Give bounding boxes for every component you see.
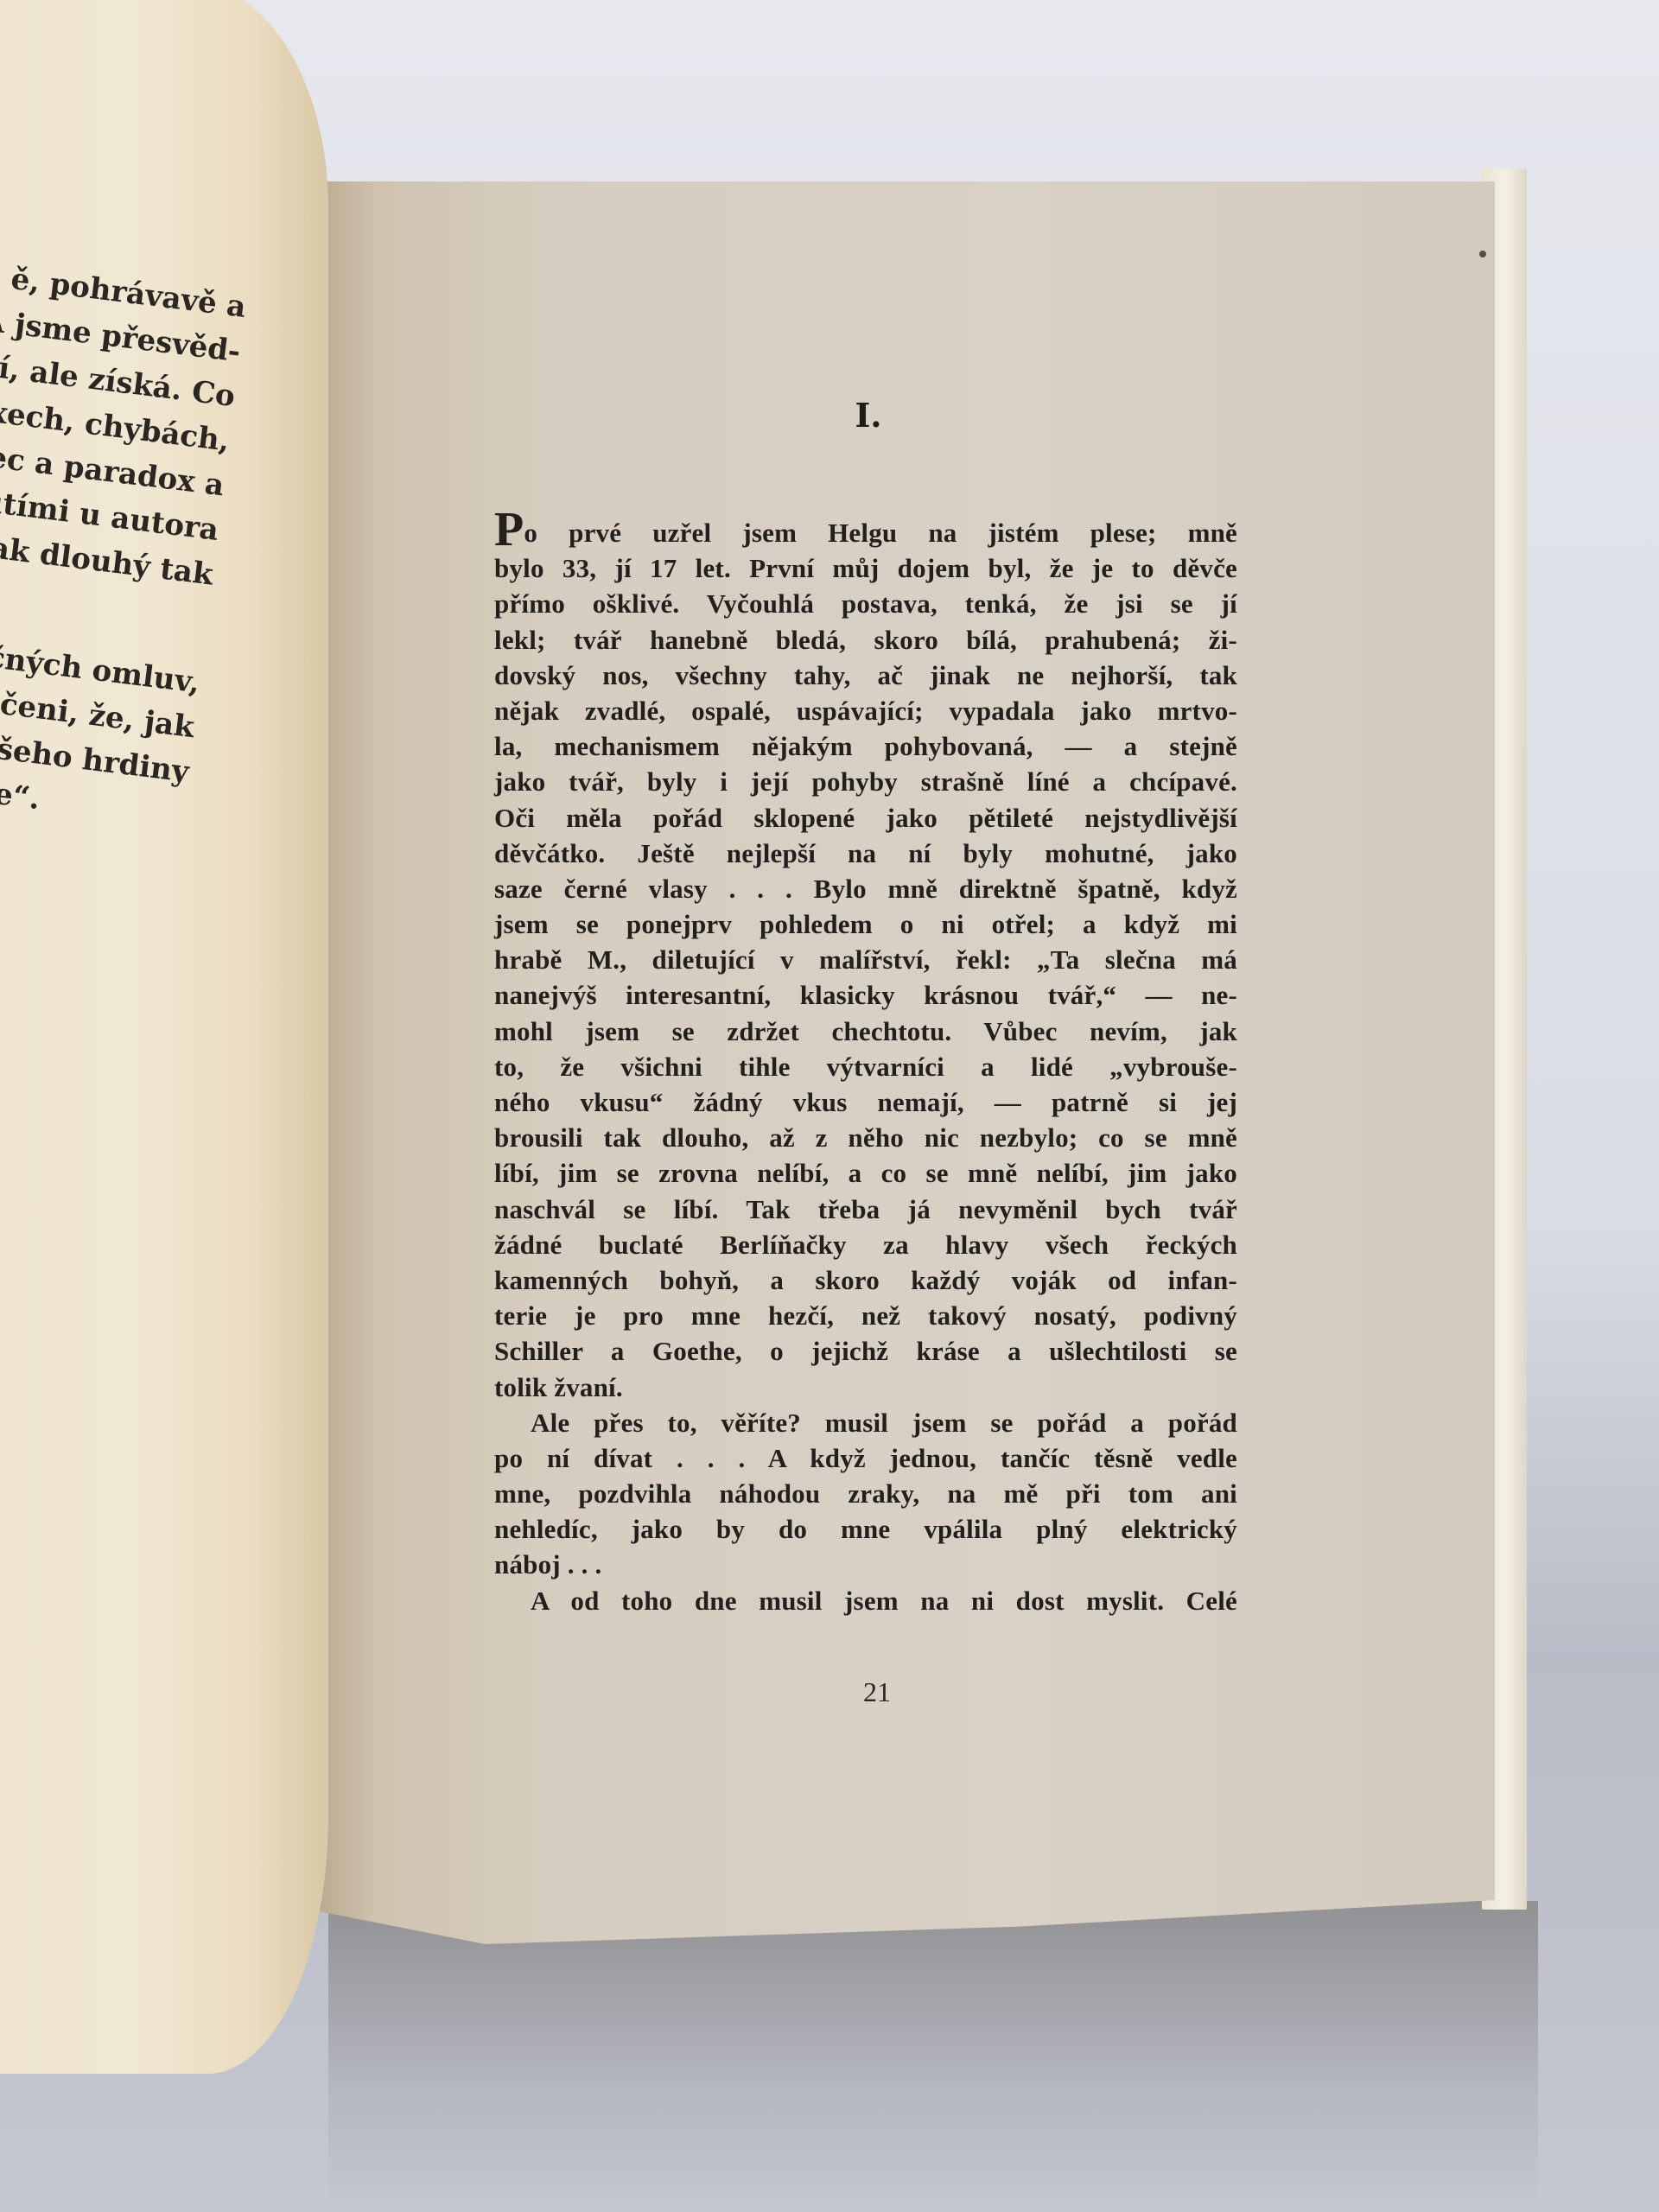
text-line: jako tvář, byly i její pohyby strašně lí… <box>494 764 1237 799</box>
text-line: Ale přes to, věříte? musil jsem se pořád… <box>494 1405 1237 1440</box>
text-line: tolik žvaní. <box>494 1370 1237 1405</box>
text-line: děvčátko. Ještě nejlepší na ní byly mohu… <box>494 836 1237 871</box>
text-line: hrabě M., diletující v malířství, řekl: … <box>494 942 1237 977</box>
text-line: jsem se ponejprv pohledem o ni otřel; a … <box>494 906 1237 942</box>
text-line: la, mechanismem nějakým pohybovaná, — a … <box>494 728 1237 764</box>
text-line: A od toho dne musil jsem na ni dost mysl… <box>494 1583 1237 1618</box>
text-line: žádné buclaté Berlíňačky za hlavy všech … <box>494 1227 1237 1262</box>
text-line: ného vkusu“ žádný vkus nemají, — patrně … <box>494 1084 1237 1120</box>
text-line: po ní dívat . . . A když jednou, tančíc … <box>494 1440 1237 1476</box>
page-number: 21 <box>851 1676 903 1708</box>
text-line: mohl jsem se zdržet chechtotu. Vůbec nev… <box>494 1014 1237 1049</box>
text-line: Schiller a Goethe, o jejichž kráse a ušl… <box>494 1333 1237 1369</box>
text-line: Po prvé uzřel jsem Helgu na jistém plese… <box>494 515 1237 550</box>
text-line: mne, pozdvihla náhodou zraky, na mě při … <box>494 1476 1237 1511</box>
paper-speck <box>1479 251 1486 257</box>
body-text: Po prvé uzřel jsem Helgu na jistém plese… <box>494 515 1237 1618</box>
drop-cap: P <box>494 503 524 556</box>
text-line: terie je pro mne hezčí, než takový nosat… <box>494 1298 1237 1333</box>
left-page-text: ě, pohrávavě a A jsme přesvěd- í, ale zí… <box>0 251 249 839</box>
text-line: líbí, jim se zrovna nelíbí, a co se mně … <box>494 1155 1237 1191</box>
text-line: bylo 33, jí 17 let. První můj dojem byl,… <box>494 550 1237 586</box>
book-shadow <box>328 1901 1538 2212</box>
chapter-heading: I. <box>842 396 894 435</box>
text-line: lekl; tvář hanebně bledá, skoro bílá, pr… <box>494 622 1237 658</box>
text-line: dovský nos, všechny tahy, ač jinak ne ne… <box>494 658 1237 693</box>
text-line: Oči měla pořád sklopené jako pětileté ne… <box>494 800 1237 836</box>
text-line: přímo ošklivé. Vyčouhlá postava, tenká, … <box>494 586 1237 621</box>
text-line: nanejvýš interesantní, klasicky krásnou … <box>494 977 1237 1013</box>
text-line: saze černé vlasy . . . Bylo mně direktně… <box>494 871 1237 906</box>
text-line: brousili tak dlouho, až z něho nic nezby… <box>494 1120 1237 1155</box>
left-page: ě, pohrávavě a A jsme přesvěd- í, ale zí… <box>0 0 328 2074</box>
text-line: nějak zvadlé, ospalé, uspávající; vypada… <box>494 693 1237 728</box>
text-line: nehledíc, jako by do mne vpálila plný el… <box>494 1511 1237 1547</box>
text-line: náboj . . . <box>494 1547 1237 1582</box>
text-line: kamenných bohyň, a skoro každý voják od … <box>494 1262 1237 1298</box>
text-line: naschvál se líbí. Tak třeba já nevyměnil… <box>494 1192 1237 1227</box>
text-line: to, že všichni tihle výtvarníci a lidé „… <box>494 1049 1237 1084</box>
